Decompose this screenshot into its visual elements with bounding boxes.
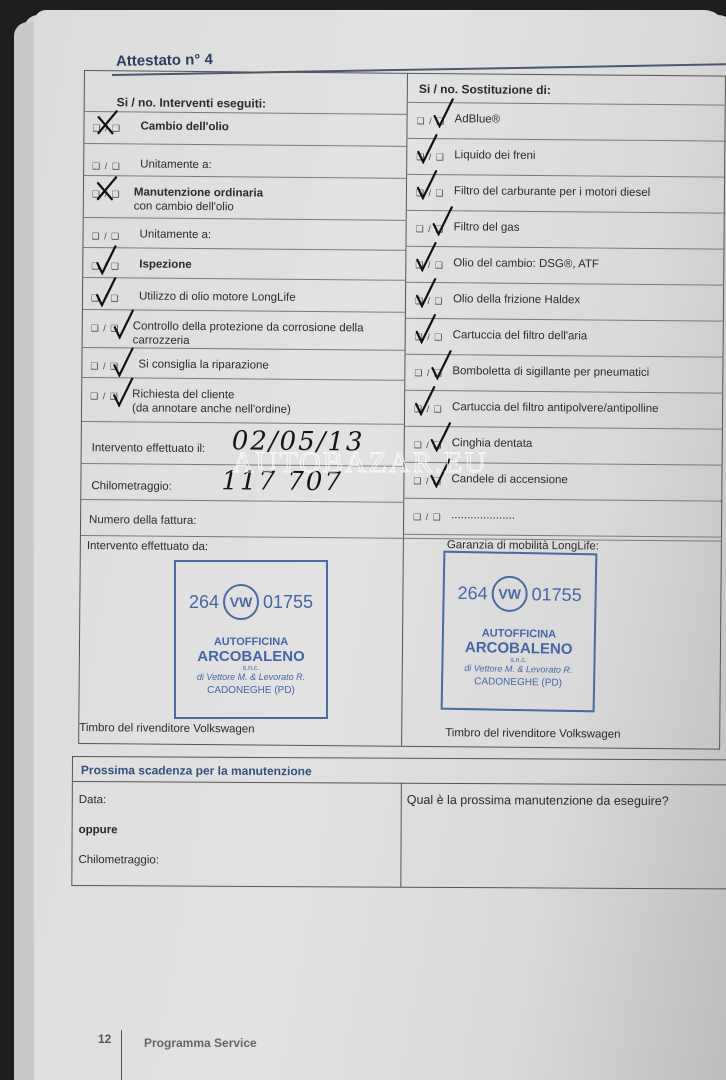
check-mark-icon	[112, 347, 134, 377]
item-sublabel: carrozzeria	[133, 333, 190, 347]
row-rule	[85, 111, 407, 115]
row-rule	[84, 175, 406, 179]
item-label: Liquido dei freni	[454, 148, 535, 163]
check-mark-icon	[432, 206, 454, 236]
stamp-line5: CADONEGHE (PD)	[176, 685, 326, 696]
stamp-line1: AUTOFFICINA	[176, 636, 326, 648]
item-label: Olio del cambio: DSG®, ATF	[453, 256, 599, 271]
date-label: Intervento effettuato il:	[92, 441, 206, 456]
stamp-code-left: 264	[189, 592, 219, 613]
item-label: Olio della frizione Haldex	[453, 292, 580, 307]
row-rule	[81, 499, 403, 503]
next-service-header: Prossima scadenza per la manutenzione	[81, 763, 312, 778]
check-mark-icon	[416, 134, 438, 164]
invoice-label: Numero della fattura:	[89, 513, 197, 528]
or-label: oppure	[79, 823, 118, 837]
row-rule	[82, 421, 404, 425]
check-mark-icon	[415, 242, 437, 272]
dealer-stamp-left: 264VW01755 AUTOFFICINA ARCOBALENO s.n.c.…	[174, 560, 328, 719]
item-label: Ispezione	[139, 257, 192, 271]
footer-divider	[121, 1030, 122, 1080]
stamp-line3: s.n.c.	[176, 665, 326, 672]
check-mark-icon	[95, 277, 117, 307]
stamp-line2: ARCOBALENO	[176, 648, 326, 665]
item-label: Utilizzo di olio motore LongLife	[139, 289, 296, 304]
header-rule	[73, 781, 726, 785]
stamp-code-right: 01755	[531, 584, 581, 606]
yes-no-checkboxes[interactable]: ❑ / ❑	[91, 231, 120, 242]
stamp-line4: di Vettore M. & Levorato R.	[176, 672, 326, 682]
next-service-question: Qual è la prossima manutenzione da esegu…	[407, 793, 669, 808]
check-mark-icon	[416, 170, 438, 200]
row-rule	[406, 138, 724, 142]
item-label: Si consiglia la riparazione	[138, 357, 269, 372]
cross-mark-icon	[96, 173, 118, 203]
next-service-box: Prossima scadenza per la manutenzione Da…	[71, 756, 726, 889]
yes-no-checkboxes[interactable]: ❑ / ❑	[92, 161, 121, 172]
row-rule	[83, 277, 405, 281]
row-rule	[404, 390, 722, 394]
performed-by-label: Intervento effettuato da:	[87, 539, 208, 554]
row-rule	[403, 498, 721, 502]
left-stamp-caption: Timbro del rivenditore Volkswagen	[79, 721, 254, 737]
certificate-title: Attestato n° 4	[116, 51, 213, 70]
stamp-code-right: 01755	[263, 592, 313, 613]
item-label: Bomboletta di sigillante per pneumatici	[452, 364, 649, 380]
cross-mark-icon	[96, 107, 118, 137]
column-divider	[400, 783, 402, 887]
item-label: ....................	[451, 508, 515, 523]
item-label: Filtro del carburante per i motori diese…	[454, 184, 650, 200]
item-label: AdBlue®	[455, 112, 501, 126]
page-number: 12	[98, 1032, 111, 1046]
check-mark-icon	[433, 98, 455, 128]
check-mark-icon	[415, 314, 437, 344]
row-rule	[405, 246, 723, 250]
item-label: Manutenzione ordinaria	[134, 185, 263, 200]
dealer-stamp-right: 264VW01755 AUTOFFICINA ARCOBALENO s.n.c.…	[441, 551, 598, 713]
row-rule	[405, 318, 723, 322]
yes-no-checkboxes[interactable]: ❑ / ❑	[413, 512, 442, 523]
item-label: Cartuccia del filtro antipolvere/antipol…	[452, 400, 659, 416]
item-label: Cartuccia del filtro dell'aria	[453, 328, 588, 343]
row-rule	[84, 217, 406, 221]
stamp-code-left: 264	[457, 582, 487, 604]
next-km-label: Chilometraggio:	[78, 853, 159, 867]
check-mark-icon	[414, 386, 436, 416]
watermark: AUTOBAZAR.EU	[232, 446, 488, 480]
vw-logo-icon: VW	[223, 584, 259, 620]
stamp-line2: ARCOBALENO	[444, 639, 594, 659]
row-rule	[84, 143, 406, 147]
stamp-line4: di Vettore M. & Levorato R.	[443, 663, 593, 676]
item-sublabel: (da annotare anche nell'ordine)	[132, 401, 291, 416]
item-label: Unitamente a:	[140, 227, 212, 242]
check-mark-icon	[95, 245, 117, 275]
next-date-label: Data:	[79, 793, 107, 807]
item-label: Richiesta del cliente	[132, 387, 234, 402]
item-label: Cambio dell'olio	[140, 119, 228, 134]
check-mark-icon	[113, 309, 135, 339]
km-label: Chilometraggio:	[91, 479, 172, 494]
check-mark-icon	[112, 377, 134, 407]
row-rule	[83, 247, 405, 251]
footer-section: Programma Service	[144, 1036, 257, 1050]
left-header: Si / no. Interventi eseguiti:	[117, 95, 266, 110]
item-label: Unitamente a:	[140, 157, 212, 172]
item-sublabel: con cambio dell'olio	[134, 199, 234, 214]
stamp-line5: CADONEGHE (PD)	[443, 676, 593, 690]
check-mark-icon	[415, 278, 437, 308]
vw-logo-icon: VW	[491, 576, 528, 613]
check-mark-icon	[430, 350, 452, 380]
row-rule	[405, 282, 723, 286]
row-rule	[403, 534, 721, 538]
row-rule	[406, 174, 724, 178]
item-label: Filtro del gas	[454, 220, 520, 235]
right-stamp-caption: Timbro del rivenditore Volkswagen	[445, 726, 620, 742]
right-header: Si / no. Sostituzione di:	[419, 82, 551, 97]
